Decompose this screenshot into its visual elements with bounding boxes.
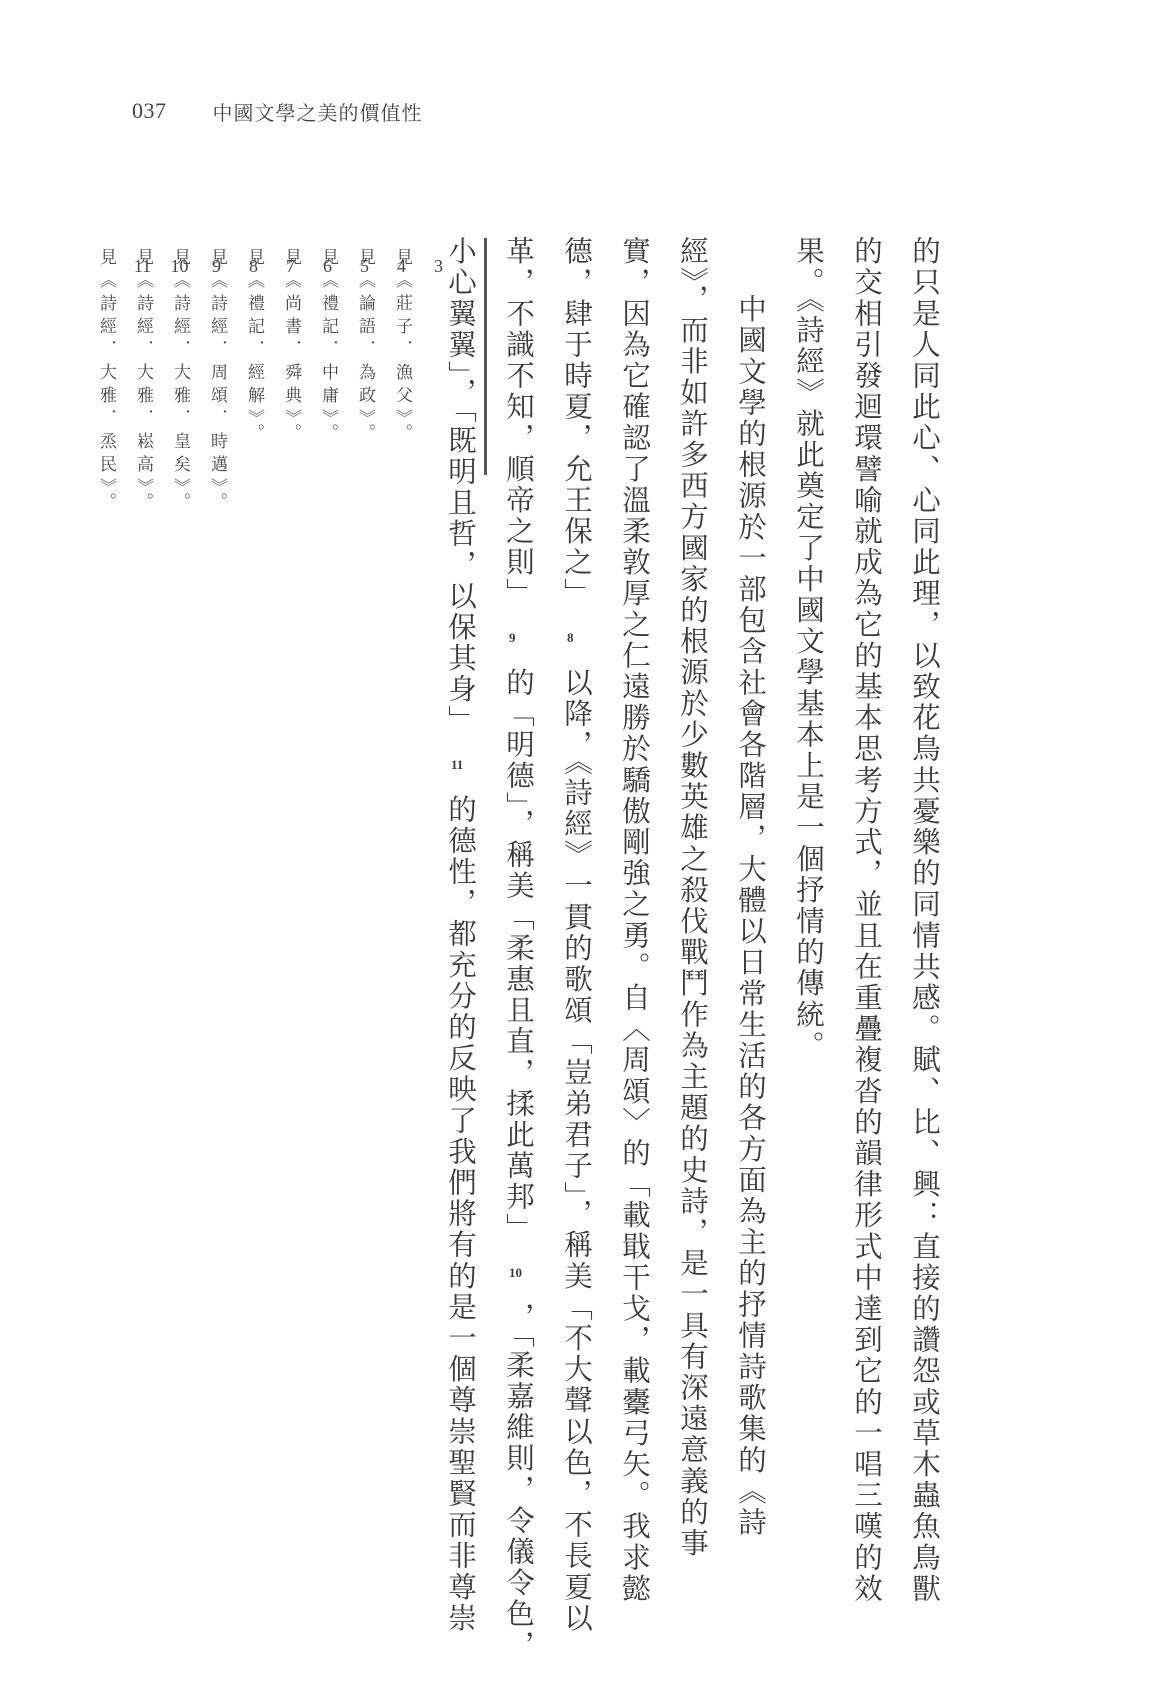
footnote-item: 3見《莊子．漁父》。 bbox=[420, 248, 457, 516]
column-text: 實，因為它確認了溫柔敦厚之仁遠勝於驕傲剛強之勇。自〈周頌〉的「載戢干戈，載櫜弓矢… bbox=[618, 236, 651, 1604]
column-text: ，「柔嘉維則，令儀令色， bbox=[502, 1302, 535, 1661]
footnote-ref-8[interactable]: 8 bbox=[567, 609, 585, 667]
column-text: 革，不識不知，順帝之則」 bbox=[502, 236, 535, 609]
footnote-text: 見《尚書．舜典》。 bbox=[281, 248, 301, 447]
text-column: 經》，而非如許多西方國家的根源於少數英雄之殺伐戰鬥作為主題的史詩，是一具有深遠意… bbox=[663, 236, 721, 1476]
footnote-number: 3 bbox=[420, 248, 457, 278]
text-column: 的只是人同此心、心同此理，以致花鳥共憂樂的同情共感。賦、比、興：直接的讚怨或草木… bbox=[895, 236, 953, 1476]
footnote-text: 見《莊子．漁父》。 bbox=[392, 248, 412, 447]
footnote-text: 見《詩經．大雅．皇矣》。 bbox=[170, 248, 190, 516]
text-column: 德，肆于時夏，允王保之」8以降，《詩經》一貫的歌頌「豈弟君子」，稱美「不大聲以色… bbox=[547, 236, 605, 1476]
text-column: 革，不識不知，順帝之則」9的「明德」，稱美「柔惠且直，揉此萬邦」10，「柔嘉維則… bbox=[489, 236, 547, 1476]
running-title: 中國文學之美的價值性 bbox=[213, 97, 423, 126]
footnote-ref-10[interactable]: 10 bbox=[509, 1244, 527, 1302]
text-column-paragraph-start: 中國文學的根源於一部包含社會各階層，大體以日常生活的各方面為主的抒情詩歌集的《詩 bbox=[721, 236, 779, 1476]
column-text: 的只是人同此心、心同此理，以致花鳥共憂樂的同情共感。賦、比、興：直接的讚怨或草木… bbox=[908, 236, 941, 1604]
footnote-text: 見《禮記．經解》。 bbox=[244, 248, 264, 447]
text-column: 的交相引發迴環譬喻就成為它的基本思考方式，並且在重疊複沓的韻律形式中達到它的一唱… bbox=[837, 236, 895, 1476]
footnote-ref-9[interactable]: 9 bbox=[509, 609, 527, 667]
footnote-divider bbox=[484, 238, 487, 475]
footnote-text: 見《禮記．中庸》。 bbox=[318, 248, 338, 447]
footnote-text: 見《詩經．大雅．烝民》。 bbox=[96, 248, 116, 516]
page-header: 037 中國文學之美的價值性 bbox=[132, 96, 423, 126]
text-column: 果。《詩經》就此奠定了中國文學基本上是一個抒情的傳統。 bbox=[779, 236, 837, 1476]
footnotes: 3見《莊子．漁父》。 4見《論語．為政》。 5見《禮記．中庸》。 6見《尚書．舜… bbox=[124, 248, 457, 516]
page-number: 037 bbox=[132, 98, 167, 124]
footnote-text: 見《詩經．周頌．時邁》。 bbox=[207, 248, 227, 516]
footnote-ref-11[interactable]: 11 bbox=[451, 736, 469, 794]
column-text: 的交相引發迴環譬喻就成為它的基本思考方式，並且在重疊複沓的韻律形式中達到它的一唱… bbox=[850, 236, 883, 1604]
body-text: 的只是人同此心、心同此理，以致花鳥共憂樂的同情共感。賦、比、興：直接的讚怨或草木… bbox=[431, 236, 953, 1476]
text-column: 實，因為它確認了溫柔敦厚之仁遠勝於驕傲剛強之勇。自〈周頌〉的「載戢干戈，載櫜弓矢… bbox=[605, 236, 663, 1476]
column-text: 的德性，都充分的反映了我們將有的是一個尊崇聖賢而非尊崇 bbox=[444, 794, 477, 1634]
footnote-text: 見《論語．為政》。 bbox=[355, 248, 375, 447]
column-text: 經》，而非如許多西方國家的根源於少數英雄之殺伐戰鬥作為主題的史詩，是一具有深遠意… bbox=[676, 236, 709, 1559]
column-text: 以降，《詩經》一貫的歌頌「豈弟君子」，稱美「不大聲以色，不長夏以 bbox=[560, 667, 593, 1634]
column-text: 果。《詩經》就此奠定了中國文學基本上是一個抒情的傳統。 bbox=[792, 236, 825, 1061]
column-text: 德，肆于時夏，允王保之」 bbox=[560, 236, 593, 609]
column-text: 的「明德」，稱美「柔惠且直，揉此萬邦」 bbox=[502, 667, 535, 1244]
column-text: 中國文學的根源於一部包含社會各階層，大體以日常生活的各方面為主的抒情詩歌集的《詩 bbox=[734, 294, 767, 1538]
footnote-text: 見《詩經．大雅．崧高》。 bbox=[133, 248, 153, 516]
